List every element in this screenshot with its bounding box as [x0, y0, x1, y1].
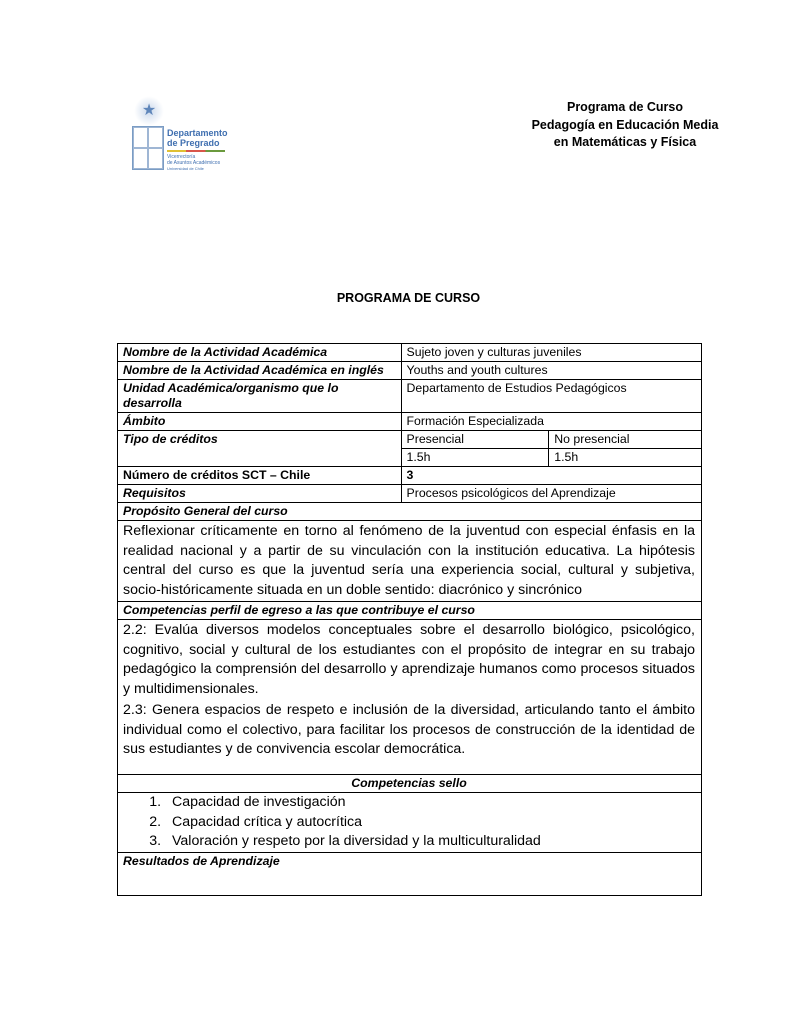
logo-department-line1: Departamento	[167, 128, 228, 138]
table-row: 2.2: Evalúa diversos modelos conceptuale…	[118, 620, 702, 775]
document-header: Programa de Curso Pedagogía en Educación…	[500, 99, 750, 152]
presencial-label: Presencial	[401, 431, 549, 449]
logo-department-line2: de Pregrado	[167, 138, 220, 148]
scope-value: Formación Especializada	[401, 413, 701, 431]
credit-number-value: 3	[401, 467, 701, 485]
activity-name-english-value: Youths and youth cultures	[401, 362, 701, 380]
table-row: Propósito General del curso	[118, 503, 702, 521]
university-logo: ★ Departamento de Pregrado Vicerrectoría…	[130, 100, 240, 176]
table-row: Número de créditos SCT – Chile 3	[118, 467, 702, 485]
list-item: Capacidad de investigación	[165, 793, 695, 813]
course-program-table: Nombre de la Actividad Académica Sujeto …	[117, 343, 702, 896]
header-line-1: Programa de Curso	[500, 99, 750, 117]
table-row: Tipo de créditos Presencial No presencia…	[118, 431, 702, 449]
requirements-value: Procesos psicológicos del Aprendizaje	[401, 485, 701, 503]
table-row: Ámbito Formación Especializada	[118, 413, 702, 431]
table-row: Competencias perfil de egreso a las que …	[118, 602, 702, 620]
purpose-text: Reflexionar críticamente en torno al fen…	[118, 521, 702, 602]
logo-color-bar	[167, 150, 225, 152]
table-row: Capacidad de investigación Capacidad crí…	[118, 793, 702, 853]
scope-label: Ámbito	[118, 413, 402, 431]
credit-number-label: Número de créditos SCT – Chile	[118, 467, 402, 485]
academic-unit-value: Departamento de Estudios Pedagógicos	[401, 380, 701, 413]
logo-university: Universidad de Chile	[167, 166, 204, 171]
table-row: Competencias sello	[118, 775, 702, 793]
competency-item: 2.2: Evalúa diversos modelos conceptuale…	[123, 621, 695, 699]
presencial-value: 1.5h	[401, 449, 549, 467]
table-row: Nombre de la Actividad Académica Sujeto …	[118, 344, 702, 362]
academic-unit-label: Unidad Académica/organismo que lo desarr…	[118, 380, 402, 413]
seal-competencies-list: Capacidad de investigación Capacidad crí…	[123, 793, 695, 852]
table-row: Resultados de Aprendizaje	[118, 852, 702, 895]
graduate-competencies-label: Competencias perfil de egreso a las que …	[118, 602, 702, 620]
list-item: Capacidad crítica y autocrítica	[165, 813, 695, 833]
list-item: Valoración y respeto por la diversidad y…	[165, 832, 695, 852]
activity-name-english-label: Nombre de la Actividad Académica en ingl…	[118, 362, 402, 380]
header-line-2: Pedagogía en Educación Media	[500, 117, 750, 135]
page-title: PROGRAMA DE CURSO	[0, 291, 800, 305]
header-line-3: en Matemáticas y Física	[500, 134, 750, 152]
competency-item: 2.3: Genera espacios de respeto e inclus…	[123, 701, 695, 760]
requirements-label: Requisitos	[118, 485, 402, 503]
table-row: Reflexionar críticamente en torno al fen…	[118, 521, 702, 602]
activity-name-label: Nombre de la Actividad Académica	[118, 344, 402, 362]
star-icon: ★	[138, 100, 160, 122]
table-row: Nombre de la Actividad Académica en ingl…	[118, 362, 702, 380]
table-row: Unidad Académica/organismo que lo desarr…	[118, 380, 702, 413]
credit-type-label: Tipo de créditos	[118, 431, 402, 467]
seal-competencies-content: Capacidad de investigación Capacidad crí…	[118, 793, 702, 853]
seal-competencies-label: Competencias sello	[118, 775, 702, 793]
table-row: Requisitos Procesos psicológicos del Apr…	[118, 485, 702, 503]
coat-of-arms-icon	[132, 126, 164, 170]
no-presencial-value: 1.5h	[549, 449, 702, 467]
purpose-label: Propósito General del curso	[118, 503, 702, 521]
no-presencial-label: No presencial	[549, 431, 702, 449]
learning-outcomes-label: Resultados de Aprendizaje	[118, 852, 702, 895]
graduate-competencies-content: 2.2: Evalúa diversos modelos conceptuale…	[118, 620, 702, 775]
activity-name-value: Sujeto joven y culturas juveniles	[401, 344, 701, 362]
